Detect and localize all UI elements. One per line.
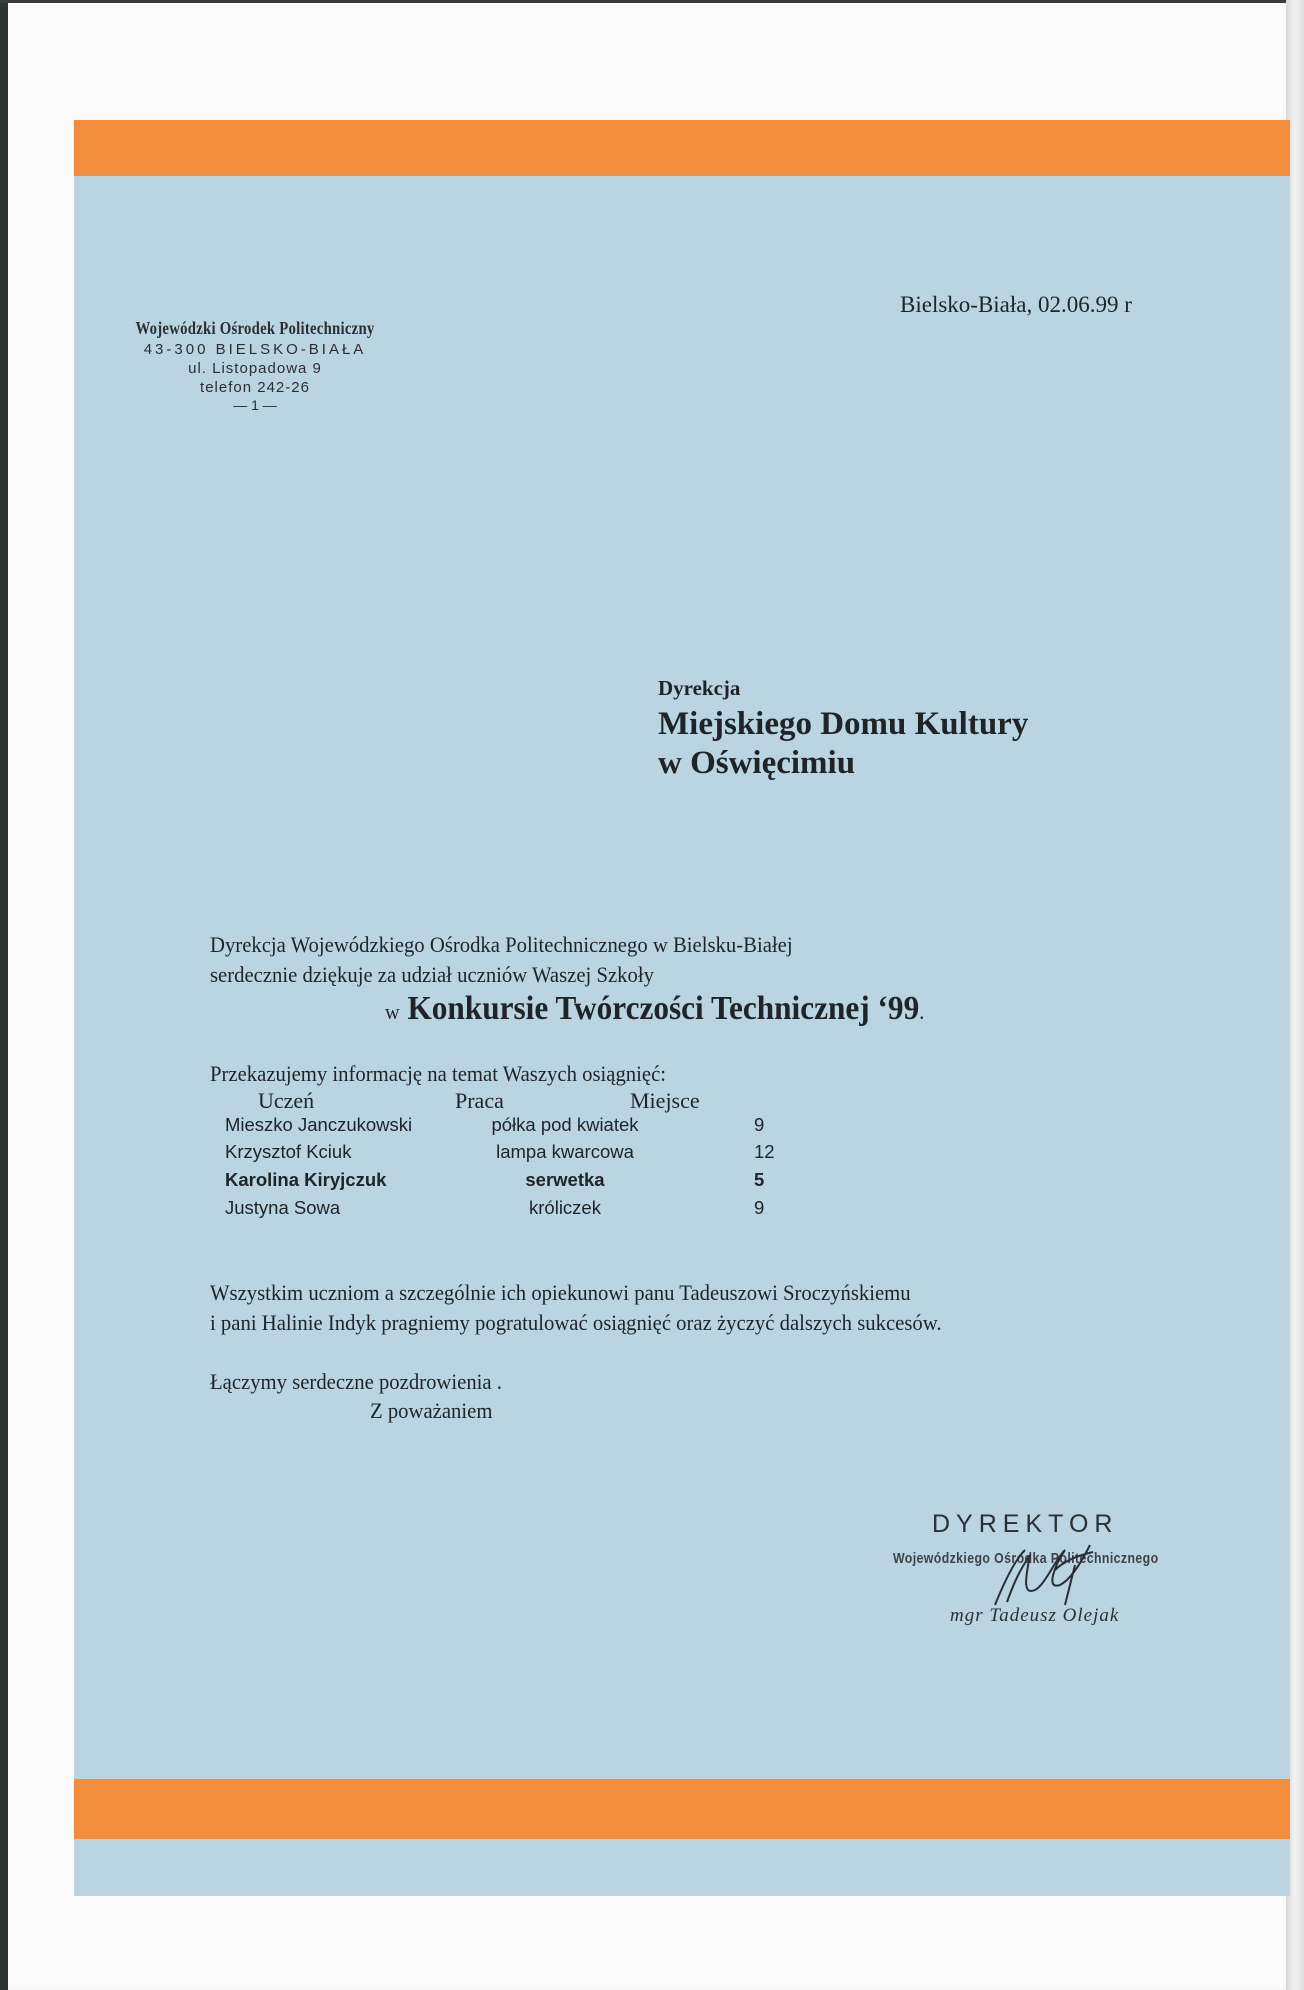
contest-suffix: .: [919, 999, 924, 1024]
header-work: Praca: [455, 1088, 504, 1114]
work-cell: lampa kwarcowa: [440, 1141, 690, 1163]
stamp-number: — 1 —: [130, 397, 380, 413]
student-cell: Krzysztof Kciuk: [225, 1141, 351, 1163]
greeting: Łączymy serdeczne pozdrowienia .: [210, 1369, 502, 1395]
scan-edge-left: [0, 0, 8, 1990]
bottom-orange-band: [74, 1779, 1290, 1839]
place-cell: 5: [754, 1169, 764, 1191]
top-orange-band: [74, 120, 1290, 176]
stamp-phone: telefon 242-26: [130, 379, 380, 396]
regards: Z poważaniem: [370, 1398, 492, 1424]
body-line-2: serdecznie dziękuje za udział uczniów Wa…: [210, 962, 654, 988]
contest-title: w Konkursie Twórczości Technicznej ‘99.: [385, 990, 924, 1028]
header-student: Uczeń: [258, 1088, 314, 1114]
work-cell: półka pod kwiatek: [440, 1114, 690, 1136]
recipient-line-1: Dyrekcja: [658, 676, 740, 701]
contest-prefix: w: [385, 999, 400, 1024]
place-cell: 12: [754, 1141, 775, 1163]
recipient-line-2: Miejskiego Domu Kultury: [658, 706, 1028, 743]
letter-date: Bielsko-Biała, 02.06.99 r: [900, 292, 1132, 318]
contest-name: Konkursie Twórczości Technicznej ‘99: [407, 990, 919, 1027]
student-cell: Justyna Sowa: [225, 1197, 340, 1219]
signatory-name: mgr Tadeusz Olejak: [950, 1605, 1119, 1627]
stamp-street: ul. Listopadowa 9: [130, 360, 380, 377]
work-cell: serwetka: [440, 1169, 690, 1191]
recipient-line-3: w Oświęcimiu: [658, 745, 855, 782]
body-line-1: Dyrekcja Wojewódzkiego Ośrodka Politechn…: [210, 932, 793, 958]
place-cell: 9: [754, 1114, 764, 1136]
work-cell: króliczek: [440, 1197, 690, 1219]
closing-line-2: i pani Halinie Indyk pragniemy pogratulo…: [210, 1310, 942, 1336]
header-place: Miejsce: [630, 1088, 700, 1114]
student-cell: Mieszko Janczukowski: [225, 1114, 412, 1136]
place-cell: 9: [754, 1197, 764, 1219]
closing-line-1: Wszystkim uczniom a szczególnie ich opie…: [210, 1280, 911, 1306]
sender-stamp: Wojewódzki Ośrodek Politechniczny 43-300…: [130, 318, 380, 413]
signature-title: DYREKTOR: [932, 1510, 1118, 1539]
stamp-city: 43-300 BIELSKO-BIAŁA: [130, 341, 380, 358]
handwritten-signature: [985, 1540, 1095, 1610]
stamp-institution: Wojewódzki Ośrodek Politechniczny: [128, 318, 382, 339]
results-intro: Przekazujemy informację na temat Waszych…: [210, 1061, 666, 1087]
student-cell: Karolina Kiryjczuk: [225, 1169, 386, 1191]
